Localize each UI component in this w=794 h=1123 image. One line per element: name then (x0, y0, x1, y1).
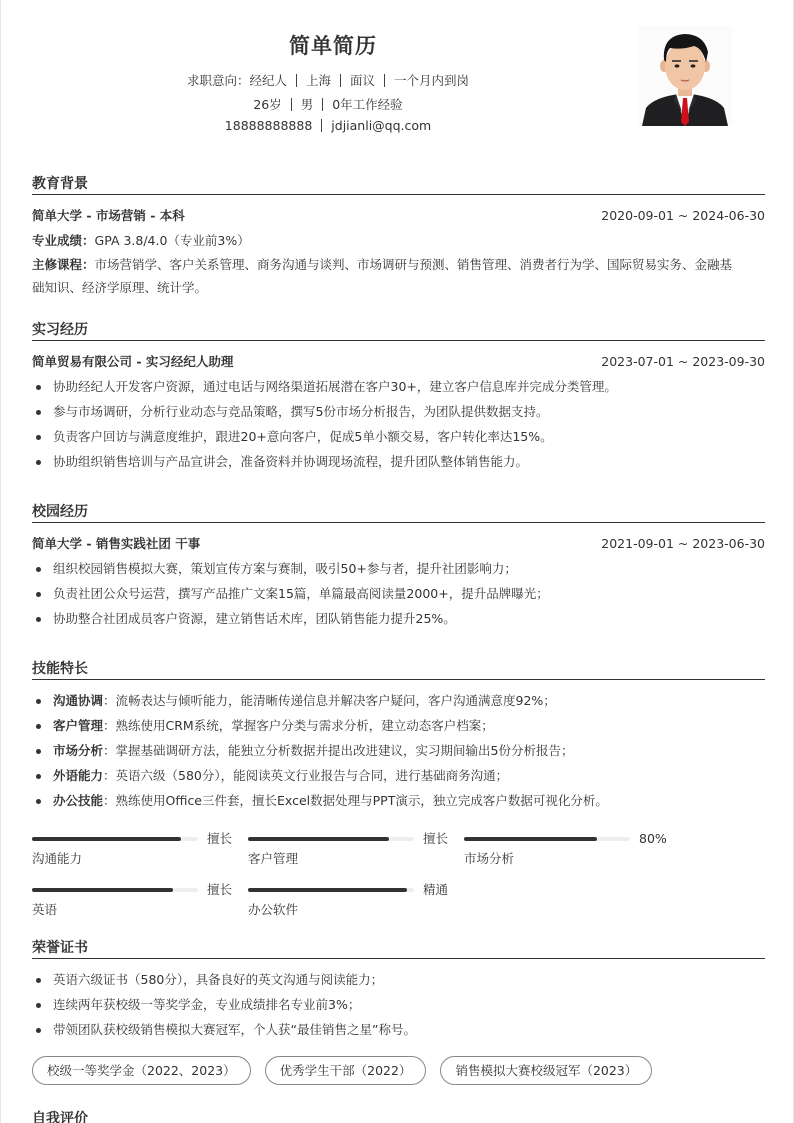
phone: 18888888888 (225, 118, 312, 133)
intent-position: 经纪人 (249, 73, 287, 88)
intent-salary: 面议 (350, 73, 375, 88)
email: jdjianli@qq.com (331, 118, 431, 133)
skill-name: 英语 (32, 901, 57, 919)
progress-track (32, 837, 198, 841)
skill-label: 市场分析 (53, 743, 103, 758)
skill-text: ：英语六级（580分），能阅读英文行业报告与合同，进行基础商务沟通； (103, 768, 508, 783)
progress-track (248, 837, 414, 841)
contact-line: 18888888888jdjianli@qq.com (1, 118, 655, 133)
resume-page: 简单简历 求职意向：经纪人上海面议一个月内到岗 26岁男0年工作经验 18888… (0, 0, 794, 1123)
list-item: 连续两年获校级一等奖学金，专业成绩排名专业前3%； (32, 992, 765, 1017)
progress-fill (248, 837, 389, 841)
age: 26岁 (253, 97, 281, 112)
divider (291, 98, 292, 111)
school-major-degree: 简单大学 - 市场营销 - 本科 (32, 208, 185, 223)
honors-section: 荣誉证书 英语六级证书（580分），具备良好的英文沟通与阅读能力； 连续两年获校… (32, 937, 765, 1042)
skill-label: 办公技能 (53, 793, 103, 808)
honor-tag: 优秀学生干部（2022） (265, 1056, 427, 1085)
skill-text: ：掌握基础调研方法，能独立分析数据并提出改进建议，实习期间输出5份分析报告； (103, 743, 573, 758)
internship-section: 实习经历 简单贸易有限公司 - 实习经纪人助理 2023-07-01 ~ 202… (32, 319, 765, 474)
skill-level: 擅长 (207, 881, 232, 899)
progress-fill (248, 888, 407, 892)
skill-text: ：熟练使用Office三件套，擅长Excel数据处理与PPT演示，独立完成客户数… (103, 793, 608, 808)
section-title: 校园经历 (32, 501, 765, 523)
progress-track (32, 888, 198, 892)
skill-bar-office: 精通 办公软件 (248, 881, 464, 921)
skill-name: 沟通能力 (32, 850, 82, 868)
skills-section: 技能特长 沟通协调：流畅表达与倾听能力，能清晰传递信息并解决客户疑问，客户沟通满… (32, 658, 765, 813)
skill-name: 市场分析 (464, 850, 514, 868)
gender: 男 (301, 97, 314, 112)
skill-name: 客户管理 (248, 850, 298, 868)
skill-item: 办公技能：熟练使用Office三件套，擅长Excel数据处理与PPT演示，独立完… (32, 788, 765, 813)
progress-fill (32, 888, 173, 892)
job-intent-line: 求职意向：经纪人上海面议一个月内到岗 (1, 71, 655, 89)
internship-header-row: 简单贸易有限公司 - 实习经纪人助理 2023-07-01 ~ 2023-09-… (32, 349, 765, 374)
list-item: 组织校园销售模拟大赛，策划宣传方案与赛制，吸引50+参与者，提升社团影响力； (32, 556, 765, 581)
education-section: 教育背景 简单大学 - 市场营销 - 本科 2020-09-01 ~ 2024-… (32, 173, 765, 299)
intent-label: 求职意向： (187, 73, 250, 88)
candidate-name: 简单简历 (1, 30, 665, 60)
campus-header-row: 简单大学 - 销售实践社团 干事 2021-09-01 ~ 2023-06-30 (32, 531, 765, 556)
intent-city: 上海 (306, 73, 331, 88)
skill-label: 沟通协调 (53, 693, 103, 708)
honor-tags: 校级一等奖学金（2022、2023）优秀学生干部（2022）销售模拟大赛校级冠军… (32, 1056, 666, 1086)
skill-item: 外语能力：英语六级（580分），能阅读英文行业报告与合同，进行基础商务沟通； (32, 763, 765, 788)
skill-level: 80% (639, 830, 667, 848)
skill-item: 沟通协调：流畅表达与倾听能力，能清晰传递信息并解决客户疑问，客户沟通满意度92%… (32, 688, 765, 713)
progress-track (248, 888, 414, 892)
personal-info-line: 26岁男0年工作经验 (1, 95, 655, 113)
list-item: 负责社团公众号运营，撰写产品推广文案15篇，单篇最高阅读量2000+，提升品牌曝… (32, 581, 765, 606)
org-role: 简单大学 - 销售实践社团 干事 (32, 536, 200, 551)
skill-level: 擅长 (423, 830, 448, 848)
section-title: 自我评价 (32, 1108, 765, 1123)
internship-date: 2023-07-01 ~ 2023-09-30 (601, 349, 765, 374)
honor-tag: 校级一等奖学金（2022、2023） (32, 1056, 251, 1085)
education-header-row: 简单大学 - 市场营销 - 本科 2020-09-01 ~ 2024-06-30 (32, 203, 765, 228)
skill-bars: 擅长 沟通能力 擅长 客户管理 80% 市场分析 擅长 英语 精通 办公软件 (32, 830, 765, 920)
campus-section: 校园经历 简单大学 - 销售实践社团 干事 2021-09-01 ~ 2023-… (32, 501, 765, 631)
section-title: 教育背景 (32, 173, 765, 195)
divider (322, 98, 323, 111)
list-item: 带领团队获校级销售模拟大赛冠军，个人获“最佳销售之星”称号。 (32, 1017, 765, 1042)
skill-label: 外语能力 (53, 768, 103, 783)
avatar (638, 26, 732, 126)
skill-name: 办公软件 (248, 901, 298, 919)
divider (340, 74, 341, 87)
courses-text-2: 础知识、经济学原理、统计学。 (32, 280, 207, 295)
education-date: 2020-09-01 ~ 2024-06-30 (601, 203, 765, 228)
list-item: 协助经纪人开发客户资源，通过电话与网络渠道拓展潜在客户30+，建立客户信息库并完… (32, 374, 765, 399)
skill-level: 擅长 (207, 830, 232, 848)
divider (296, 74, 297, 87)
skill-item: 市场分析：掌握基础调研方法，能独立分析数据并提出改进建议，实习期间输出5份分析报… (32, 738, 765, 763)
resume-header: 简单简历 求职意向：经纪人上海面议一个月内到岗 26岁男0年工作经验 18888… (1, 0, 794, 150)
courses-text-1: 市场营销学、客户关系管理、商务沟通与谈判、市场调研与预测、销售管理、消费者行为学… (95, 257, 733, 272)
section-title: 荣誉证书 (32, 937, 765, 959)
divider (321, 119, 322, 132)
skill-text: ：流畅表达与倾听能力，能清晰传递信息并解决客户疑问，客户沟通满意度92%； (103, 693, 556, 708)
intent-availability: 一个月内到岗 (394, 73, 469, 88)
company-role: 简单贸易有限公司 - 实习经纪人助理 (32, 354, 233, 369)
gpa-label: 专业成绩： (32, 233, 95, 248)
skill-bar-customer-management: 擅长 客户管理 (248, 830, 464, 870)
honor-tag: 销售模拟大赛校级冠军（2023） (440, 1056, 652, 1085)
skill-bar-communication: 擅长 沟通能力 (32, 830, 248, 870)
gpa-row: 专业成绩：GPA 3.8/4.0（专业前3%） (32, 228, 765, 253)
list-item: 负责客户回访与满意度维护，跟进20+意向客户，促成5单小额交易，客户转化率达15… (32, 424, 765, 449)
section-title: 实习经历 (32, 319, 765, 341)
skill-text: ：熟练使用CRM系统，掌握客户分类与需求分析，建立动态客户档案； (103, 718, 494, 733)
list-item: 协助组织销售培训与产品宣讲会，准备资料并协调现场流程，提升团队整体销售能力。 (32, 449, 765, 474)
skill-label: 客户管理 (53, 718, 103, 733)
experience-years: 0年工作经验 (332, 97, 402, 112)
list-item: 参与市场调研，分析行业动态与竞品策略，撰写5份市场分析报告，为团队提供数据支持。 (32, 399, 765, 424)
list-item: 英语六级证书（580分），具备良好的英文沟通与阅读能力； (32, 967, 765, 992)
section-title: 技能特长 (32, 658, 765, 680)
courses-paragraph: 主修课程：市场营销学、客户关系管理、商务沟通与谈判、市场调研与预测、销售管理、消… (32, 253, 765, 299)
skill-bar-market-analysis: 80% 市场分析 (464, 830, 680, 870)
progress-fill (464, 837, 597, 841)
self-evaluation-section: 自我评价 (32, 1108, 765, 1123)
progress-fill (32, 837, 181, 841)
progress-track (464, 837, 630, 841)
courses-label: 主修课程： (32, 257, 95, 272)
skill-item: 客户管理：熟练使用CRM系统，掌握客户分类与需求分析，建立动态客户档案； (32, 713, 765, 738)
list-item: 协助整合社团成员客户资源，建立销售话术库，团队销售能力提升25%。 (32, 606, 765, 631)
campus-date: 2021-09-01 ~ 2023-06-30 (601, 531, 765, 556)
gpa-value: GPA 3.8/4.0（专业前3%） (95, 233, 250, 248)
divider (384, 74, 385, 87)
avatar-portrait-icon (638, 26, 732, 126)
skill-bar-english: 擅长 英语 (32, 881, 248, 921)
skill-level: 精通 (423, 881, 448, 899)
